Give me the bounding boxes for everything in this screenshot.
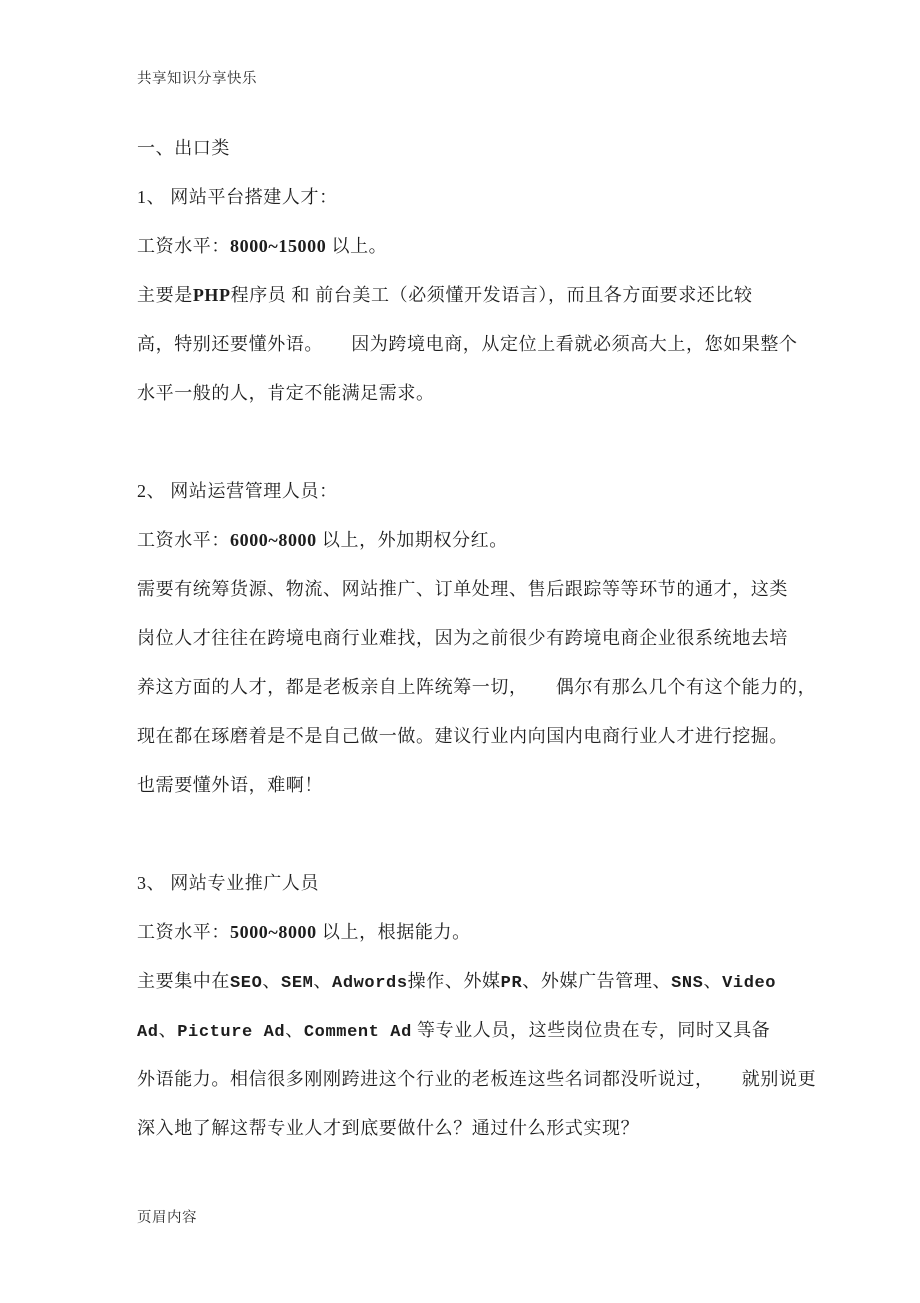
text-segment: 外语能力。相信很多刚刚跨进这个行业的老板连这些名词都没听说过， 就别说更 <box>137 1069 816 1089</box>
text-segment: 、 <box>262 971 281 991</box>
text-segment: 工资水平： <box>137 922 230 942</box>
text-segment: Picture Ad <box>177 1023 285 1042</box>
text-segment: 养这方面的人才，都是老板亲自上阵统筹一切， 偶尔有那么几个有这个能力的， <box>137 677 816 697</box>
text-segment: 水平一般的人，肯定不能满足需求。 <box>137 383 435 403</box>
text-segment: PHP <box>193 285 231 305</box>
text-segment: 高，特别还要懂外语。 因为跨境电商，从定位上看就必须高大上，您如果整个 <box>137 334 798 354</box>
blank-line <box>137 418 837 467</box>
text-segment: Video <box>722 974 776 993</box>
text-segment: 主要是 <box>137 285 193 305</box>
doc-line: 需要有统筹货源、物流、网站推广、订单处理、售后跟踪等等环节的通才，这类 <box>137 565 837 614</box>
text-segment: Comment Ad <box>304 1023 412 1042</box>
text-segment: 2、 网站运营管理人员： <box>137 481 338 501</box>
text-segment: 一、出口类 <box>137 138 230 158</box>
header-text: 共享知识分享快乐 <box>137 69 257 89</box>
doc-line: 工资水平：8000~15000 以上。 <box>137 222 837 271</box>
doc-line: 高，特别还要懂外语。 因为跨境电商，从定位上看就必须高大上，您如果整个 <box>137 320 837 369</box>
doc-line: 3、 网站专业推广人员 <box>137 859 837 908</box>
doc-line: 水平一般的人，肯定不能满足需求。 <box>137 369 837 418</box>
doc-line: 1、 网站平台搭建人才： <box>137 173 837 222</box>
text-segment: 1、 网站平台搭建人才： <box>137 187 338 207</box>
text-segment: 、 <box>703 971 722 991</box>
footer-text: 页眉内容 <box>137 1208 197 1228</box>
doc-line: 现在都在琢磨着是不是自己做一做。建议行业内向国内电商行业人才进行挖掘。 <box>137 712 837 761</box>
text-segment: Adwords <box>332 974 408 993</box>
text-segment: Ad <box>137 1023 159 1042</box>
doc-line: 工资水平：5000~8000 以上，根据能力。 <box>137 908 837 957</box>
doc-line: 养这方面的人才，都是老板亲自上阵统筹一切， 偶尔有那么几个有这个能力的， <box>137 663 837 712</box>
doc-line: 主要集中在SEO、SEM、Adwords操作、外媒PR、外媒广告管理、SNS、V… <box>137 957 837 1006</box>
text-segment: 程序员 和 前台美工（必须懂开发语言），而且各方面要求还比较 <box>231 285 753 305</box>
doc-line: 也需要懂外语，难啊！ <box>137 761 837 810</box>
doc-line: Ad、Picture Ad、Comment Ad 等专业人员，这些岗位贵在专，同… <box>137 1006 837 1055</box>
text-segment: 、 <box>159 1020 178 1040</box>
text-segment: SEO <box>230 974 262 993</box>
text-segment: 也需要懂外语，难啊！ <box>137 775 323 795</box>
doc-line: 主要是PHP程序员 和 前台美工（必须懂开发语言），而且各方面要求还比较 <box>137 271 837 320</box>
text-segment: 、 <box>313 971 332 991</box>
doc-line: 深入地了解这帮专业人才到底要做什么？通过什么形式实现？ <box>137 1104 837 1153</box>
text-segment: 深入地了解这帮专业人才到底要做什么？通过什么形式实现？ <box>137 1118 639 1138</box>
blank-line <box>137 810 837 859</box>
text-segment: 操作、外媒 <box>408 971 501 991</box>
doc-line: 工资水平：6000~8000 以上，外加期权分红。 <box>137 516 837 565</box>
doc-line: 2、 网站运营管理人员： <box>137 467 837 516</box>
text-segment: 工资水平： <box>137 236 230 256</box>
doc-line: 岗位人才往往在跨境电商行业难找，因为之前很少有跨境电商企业很系统地去培 <box>137 614 837 663</box>
text-segment: 5000~8000 <box>230 922 317 942</box>
document-body: 一、出口类1、 网站平台搭建人才：工资水平：8000~15000 以上。主要是P… <box>137 124 837 1153</box>
text-segment: 现在都在琢磨着是不是自己做一做。建议行业内向国内电商行业人才进行挖掘。 <box>137 726 788 746</box>
doc-line: 一、出口类 <box>137 124 837 173</box>
text-segment: 等专业人员，这些岗位贵在专，同时又具备 <box>412 1020 771 1040</box>
text-segment: 主要集中在 <box>137 971 230 991</box>
text-segment: PR <box>501 974 523 993</box>
document-page: { "page": { "background_color": "#ffffff… <box>0 0 920 1303</box>
text-segment: SNS <box>671 974 703 993</box>
text-segment: 3、 网站专业推广人员 <box>137 873 319 893</box>
text-segment: 需要有统筹货源、物流、网站推广、订单处理、售后跟踪等等环节的通才，这类 <box>137 579 788 599</box>
text-segment: 8000~15000 <box>230 236 326 256</box>
text-segment: 、 <box>285 1020 304 1040</box>
text-segment: 、外媒广告管理、 <box>522 971 671 991</box>
text-segment: 工资水平： <box>137 530 230 550</box>
text-segment: 6000~8000 <box>230 530 317 550</box>
text-segment: 岗位人才往往在跨境电商行业难找，因为之前很少有跨境电商企业很系统地去培 <box>137 628 788 648</box>
text-segment: 以上。 <box>326 236 387 256</box>
doc-line: 外语能力。相信很多刚刚跨进这个行业的老板连这些名词都没听说过， 就别说更 <box>137 1055 837 1104</box>
text-segment: SEM <box>281 974 313 993</box>
text-segment: 以上，外加期权分红。 <box>317 530 508 550</box>
text-segment: 以上，根据能力。 <box>317 922 471 942</box>
